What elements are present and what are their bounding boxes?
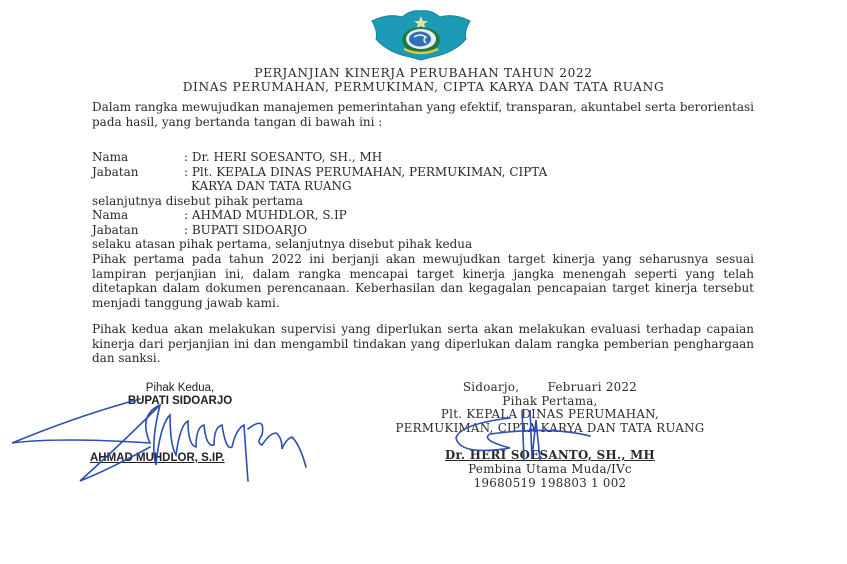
position-label: Jabatan [92,223,184,238]
party-one-nip: 19680519 198803 1 002 [330,477,770,491]
position-label: Jabatan [92,165,184,180]
place-date: Sidoarjo, Februari 2022 [330,381,770,395]
supervision-paragraph: Pihak kedua akan melakukan supervisi yan… [92,322,754,366]
party-two-role: BUPATI SIDOARJO [80,395,280,408]
supervision-text: Pihak kedua akan melakukan supervisi yan… [92,322,754,366]
intro-text: Dalam rangka mewujudkan manajemen pemeri… [92,100,754,129]
signature-block-party-two: Pihak Kedua, BUPATI SIDOARJO AHMAD MUHDL… [80,382,280,408]
party-one-note: selanjutnya disebut pihak pertama [92,194,654,209]
party-one-label: Pihak Pertama, [330,395,770,409]
sidoarjo-regency-emblem-icon [368,7,474,61]
commitment-paragraph: Pihak pertama pada tahun 2022 ini berjan… [92,252,754,310]
name-value: : Dr. HERI SOESANTO, SH., MH [184,150,654,165]
name-value: : AHMAD MUHDLOR, S.IP [184,208,654,223]
position-value: : BUPATI SIDOARJO [184,223,654,238]
party-two-details: Nama: AHMAD MUHDLOR, S.IP Jabatan: BUPAT… [92,208,654,252]
signature-block-party-one: Sidoarjo, Februari 2022 Pihak Pertama, P… [330,381,770,435]
position-value-continued: KARYA DAN TATA RUANG [92,179,654,194]
position-value: : Plt. KEPALA DINAS PERUMAHAN, PERMUKIMA… [184,165,654,180]
party-one-name: Dr. HERI SOESANTO, SH., MH [445,448,655,462]
party-one-name-wrap: Dr. HERI SOESANTO, SH., MH [330,449,770,463]
intro-paragraph: Dalam rangka mewujudkan manajemen pemeri… [92,100,754,129]
party-one-role-line1: Plt. KEPALA DINAS PERUMAHAN, [330,408,770,422]
name-label: Nama [92,150,184,165]
name-label: Nama [92,208,184,223]
party-one-role-line2: PERMUKIMAN, CIPTA KARYA DAN TATA RUANG [330,422,770,436]
document-subtitle: DINAS PERUMAHAN, PERMUKIMAN, CIPTA KARYA… [0,80,847,95]
commitment-text: Pihak pertama pada tahun 2022 ini berjan… [92,252,754,310]
party-two-note: selaku atasan pihak pertama, selanjutnya… [92,237,654,252]
party-two-label: Pihak Kedua, [80,382,280,395]
party-one-details: Nama: Dr. HERI SOESANTO, SH., MH Jabatan… [92,150,654,208]
document-title: PERJANJIAN KINERJA PERUBAHAN TAHUN 2022 [0,66,847,81]
party-one-rank: Pembina Utama Muda/IVc [330,463,770,477]
party-two-name: AHMAD MUHDLOR, S.IP. [90,452,225,465]
